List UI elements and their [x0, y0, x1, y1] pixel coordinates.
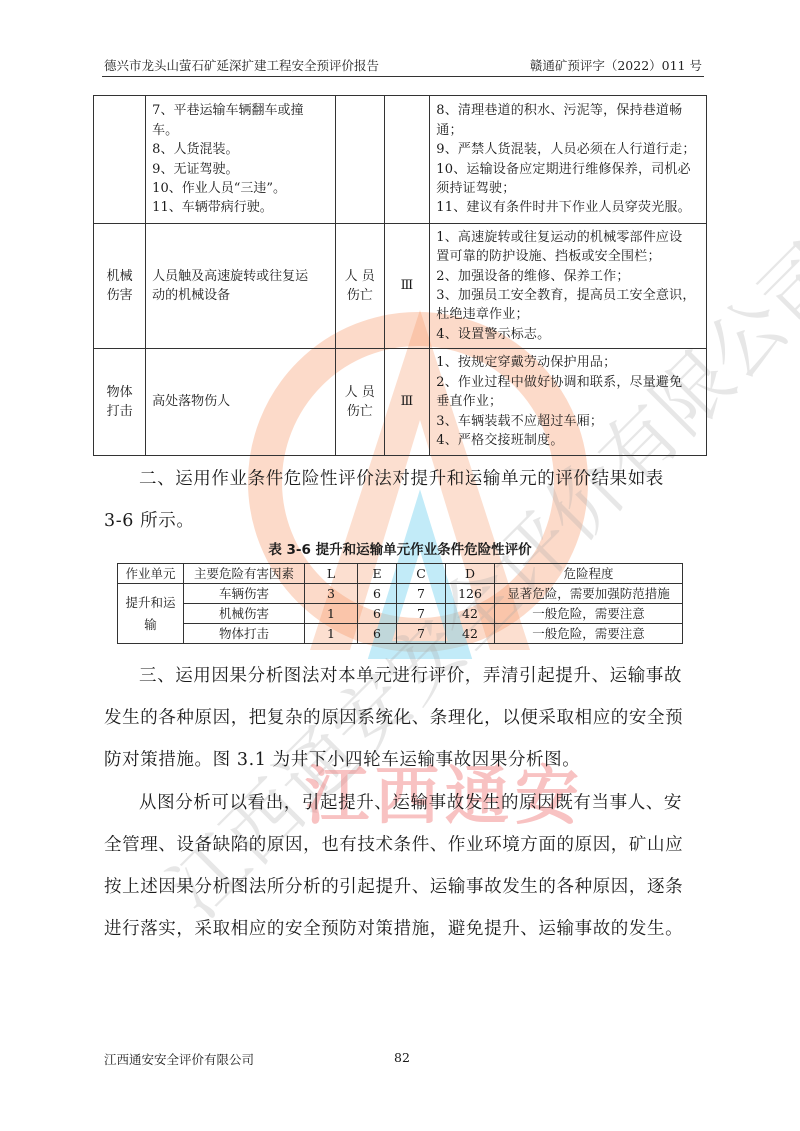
e-value: 6: [358, 624, 397, 644]
l-value: 1: [305, 604, 358, 624]
risk-level: 显著危险，需要加强防范措施: [495, 584, 683, 604]
c-value: 7: [397, 584, 446, 604]
level-cell: Ⅲ: [384, 224, 430, 349]
hazard-causes-cell: 人员触及高速旋转或往复运 动的机械设备: [146, 224, 336, 349]
column-header: 作业单元: [118, 564, 184, 584]
d-value: 42: [446, 604, 495, 624]
factor-cell: 物体打击: [184, 624, 305, 644]
measures-cell: 1、高速旋转或往复运动的机械零部件应设 置可靠的防护设施、挡板或安全围栏； 2、…: [430, 224, 707, 349]
document-number: 赣通矿预评字（2022）011 号: [530, 56, 702, 74]
factor-cell: 车辆伤害: [184, 584, 305, 604]
e-value: 6: [358, 584, 397, 604]
consequence-cell: 人 员 伤亡: [335, 224, 384, 349]
column-header: 主要危险有害因素: [184, 564, 305, 584]
column-header: L: [305, 564, 358, 584]
header-divider: [102, 76, 704, 77]
table-row: 7、平巷运输车辆翻车或撞 车。 8、人货混装。 9、无证驾驶。 10、作业人员“…: [94, 96, 707, 224]
column-header: C: [397, 564, 446, 584]
work-unit-cell: 提升和运 输: [118, 584, 184, 644]
l-value: 3: [305, 584, 358, 604]
table-row: 提升和运 输 车辆伤害 3 6 7 126 显著危险，需要加强防范措施: [118, 584, 683, 604]
table-row: 机械伤害 1 6 7 42 一般危险，需要注意: [118, 604, 683, 624]
factor-cell: 机械伤害: [184, 604, 305, 624]
hazard-type-cell: 物体 打击: [94, 349, 146, 456]
footer-company: 江西通安安全评价有限公司: [104, 1050, 254, 1068]
e-value: 6: [358, 604, 397, 624]
column-header: E: [358, 564, 397, 584]
d-value: 126: [446, 584, 495, 604]
level-cell: [384, 96, 430, 224]
hazard-type-cell: 机械 伤害: [94, 224, 146, 349]
column-header: 危险程度: [495, 564, 683, 584]
table-row: 机械 伤害 人员触及高速旋转或往复运 动的机械设备 人 员 伤亡 Ⅲ 1、高速旋…: [94, 224, 707, 349]
lec-evaluation-table: 作业单元 主要危险有害因素 L E C D 危险程度 提升和运 输 车辆伤害 3…: [117, 563, 683, 644]
measures-cell: 8、清理巷道的积水、污泥等，保持巷道畅 通； 9、严禁人货混装，人员必须在人行道…: [430, 96, 707, 224]
risk-level: 一般危险，需要注意: [495, 604, 683, 624]
paragraph-cause-analysis: 三、运用因果分析图法对本单元进行评价，弄清引起提升、运输事故 发生的各种原因，把…: [104, 655, 704, 781]
l-value: 1: [305, 624, 358, 644]
c-value: 7: [397, 604, 446, 624]
measures-cell: 1、按规定穿戴劳动保护用品； 2、作业过程中做好协调和联系，尽量避免 垂直作业；…: [430, 349, 707, 456]
table-caption: 表 3-6 提升和运输单元作业条件危险性评价: [0, 538, 800, 558]
d-value: 42: [446, 624, 495, 644]
consequence-cell: [335, 96, 384, 224]
report-title: 德兴市龙头山萤石矿延深扩建工程安全预评价报告: [104, 56, 379, 74]
table-header-row: 作业单元 主要危险有害因素 L E C D 危险程度: [118, 564, 683, 584]
column-header: D: [446, 564, 495, 584]
hazard-causes-cell: 高处落物伤人: [146, 349, 336, 456]
table-row: 物体 打击 高处落物伤人 人 员 伤亡 Ⅲ 1、按规定穿戴劳动保护用品； 2、作…: [94, 349, 707, 456]
hazard-type-cell: [94, 96, 146, 224]
table-row: 物体打击 1 6 7 42 一般危险，需要注意: [118, 624, 683, 644]
paragraph-conclusion: 从图分析可以看出，引起提升、运输事故发生的原因既有当事人、安 全管理、设备缺陷的…: [104, 782, 704, 950]
consequence-cell: 人 员 伤亡: [335, 349, 384, 456]
page-header: 德兴市龙头山萤石矿延深扩建工程安全预评价报告 赣通矿预评字（2022）011 号: [104, 56, 702, 76]
paragraph-lec-intro: 二、运用作业条件危险性评价法对提升和运输单元的评价结果如表 3-6 所示。: [104, 458, 704, 542]
level-cell: Ⅲ: [384, 349, 430, 456]
risk-level: 一般危险，需要注意: [495, 624, 683, 644]
hazard-causes-cell: 7、平巷运输车辆翻车或撞 车。 8、人货混装。 9、无证驾驶。 10、作业人员“…: [146, 96, 336, 224]
c-value: 7: [397, 624, 446, 644]
page-number: 82: [394, 1050, 410, 1065]
hazard-measures-table: 7、平巷运输车辆翻车或撞 车。 8、人货混装。 9、无证驾驶。 10、作业人员“…: [93, 95, 707, 456]
